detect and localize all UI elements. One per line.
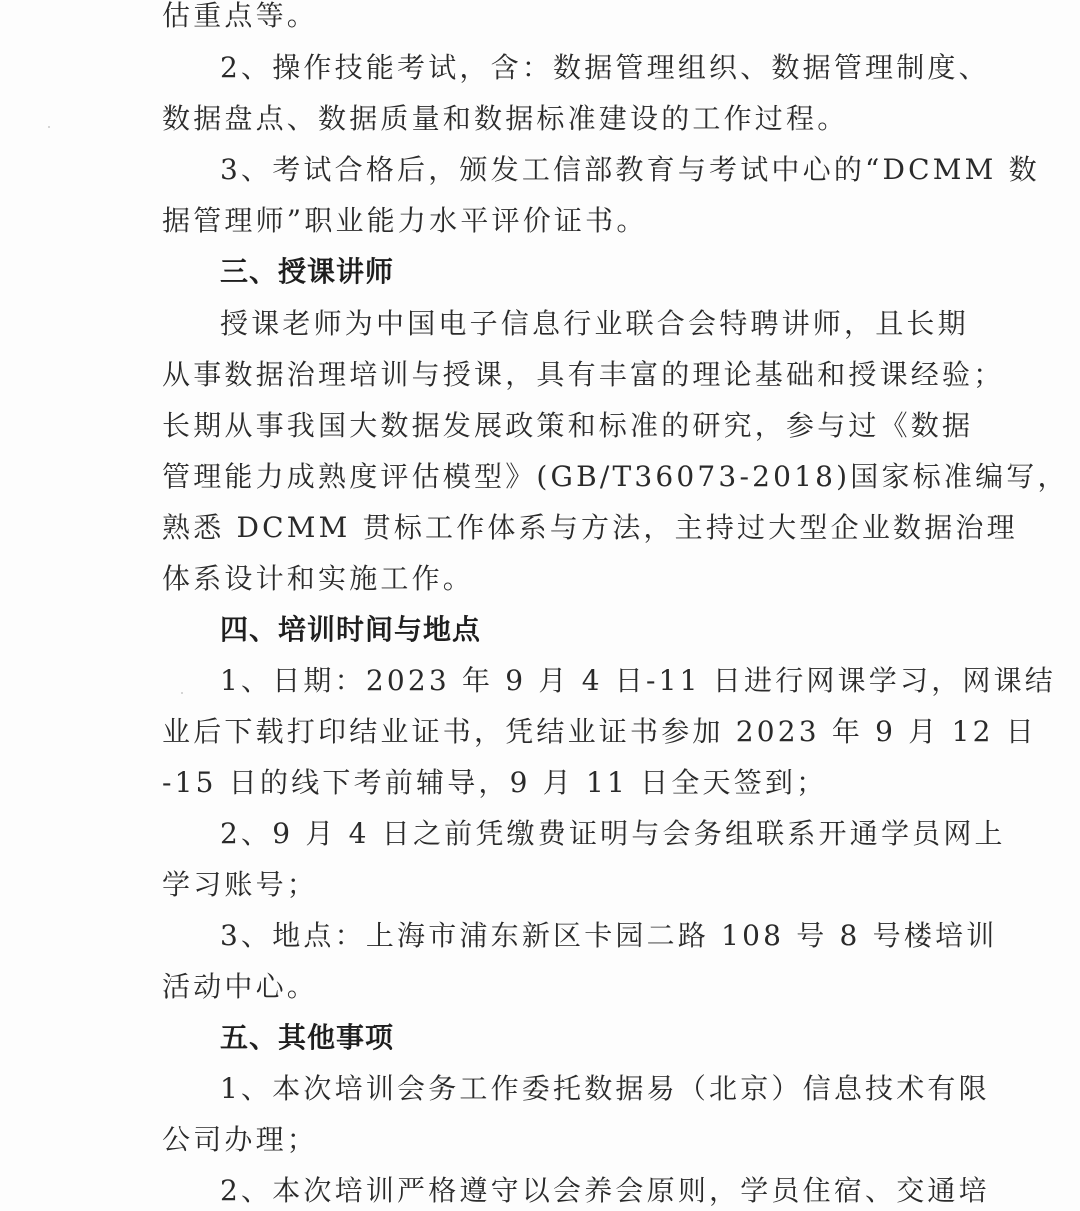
text-line: 管理能力成熟度评估模型》(GB/T36073-2018)国家标准编写， — [162, 457, 1069, 497]
scan-speck — [181, 692, 183, 694]
section-heading-instructors: 三、授课讲师 — [220, 252, 394, 292]
list-item-location: 3、地点：上海市浦东新区卡园二路 108 号 8 号楼培训 — [220, 916, 997, 956]
paragraph-instructors: 授课老师为中国电子信息行业联合会特聘讲师，且长期 — [220, 304, 969, 344]
text-line: 从事数据治理培训与授课，具有丰富的理论基础和授课经验； — [162, 355, 1004, 395]
text-line: 据管理师”职业能力水平评价证书。 — [162, 201, 648, 241]
list-item-exam-skills: 2、操作技能考试，含：数据管理组织、数据管理制度、 — [220, 48, 990, 88]
text-line: 公司办理； — [162, 1120, 318, 1160]
text-line: 估重点等。 — [162, 0, 318, 36]
section-heading-other-matters: 五、其他事项 — [220, 1018, 394, 1058]
list-item-certificate: 3、考试合格后，颁发工信部教育与考试中心的“DCMM 数 — [220, 150, 1040, 190]
text-line: 学习账号； — [162, 865, 318, 905]
list-item-organizer: 1、本次培训会务工作委托数据易（北京）信息技术有限 — [220, 1069, 990, 1109]
text-line: 业后下载打印结业证书，凭结业证书参加 2023 年 9 月 12 日 — [162, 712, 1037, 752]
text-line: -15 日的线下考前辅导，9 月 11 日全天签到； — [162, 763, 827, 803]
list-item-cost-policy: 2、本次培训严格遵守以会养会原则，学员住宿、交通培 — [220, 1171, 990, 1211]
text-line: 长期从事我国大数据发展政策和标准的研究，参与过《数据 — [162, 406, 973, 446]
text-line: 活动中心。 — [162, 967, 318, 1007]
document-page: 估重点等。 2、操作技能考试，含：数据管理组织、数据管理制度、 数据盘点、数据质… — [0, 0, 1080, 1211]
text-line: 体系设计和实施工作。 — [162, 559, 474, 599]
text-line: 熟悉 DCMM 贯标工作体系与方法，主持过大型企业数据治理 — [162, 508, 1018, 548]
list-item-account: 2、9 月 4 日之前凭缴费证明与会务组联系开通学员网上 — [220, 814, 1006, 854]
scan-speck — [48, 126, 50, 128]
text-line: 数据盘点、数据质量和数据标准建设的工作过程。 — [162, 99, 848, 139]
list-item-dates: 1、日期：2023 年 9 月 4 日-11 日进行网课学习，网课结 — [220, 661, 1056, 701]
section-heading-time-location: 四、培训时间与地点 — [220, 610, 481, 650]
